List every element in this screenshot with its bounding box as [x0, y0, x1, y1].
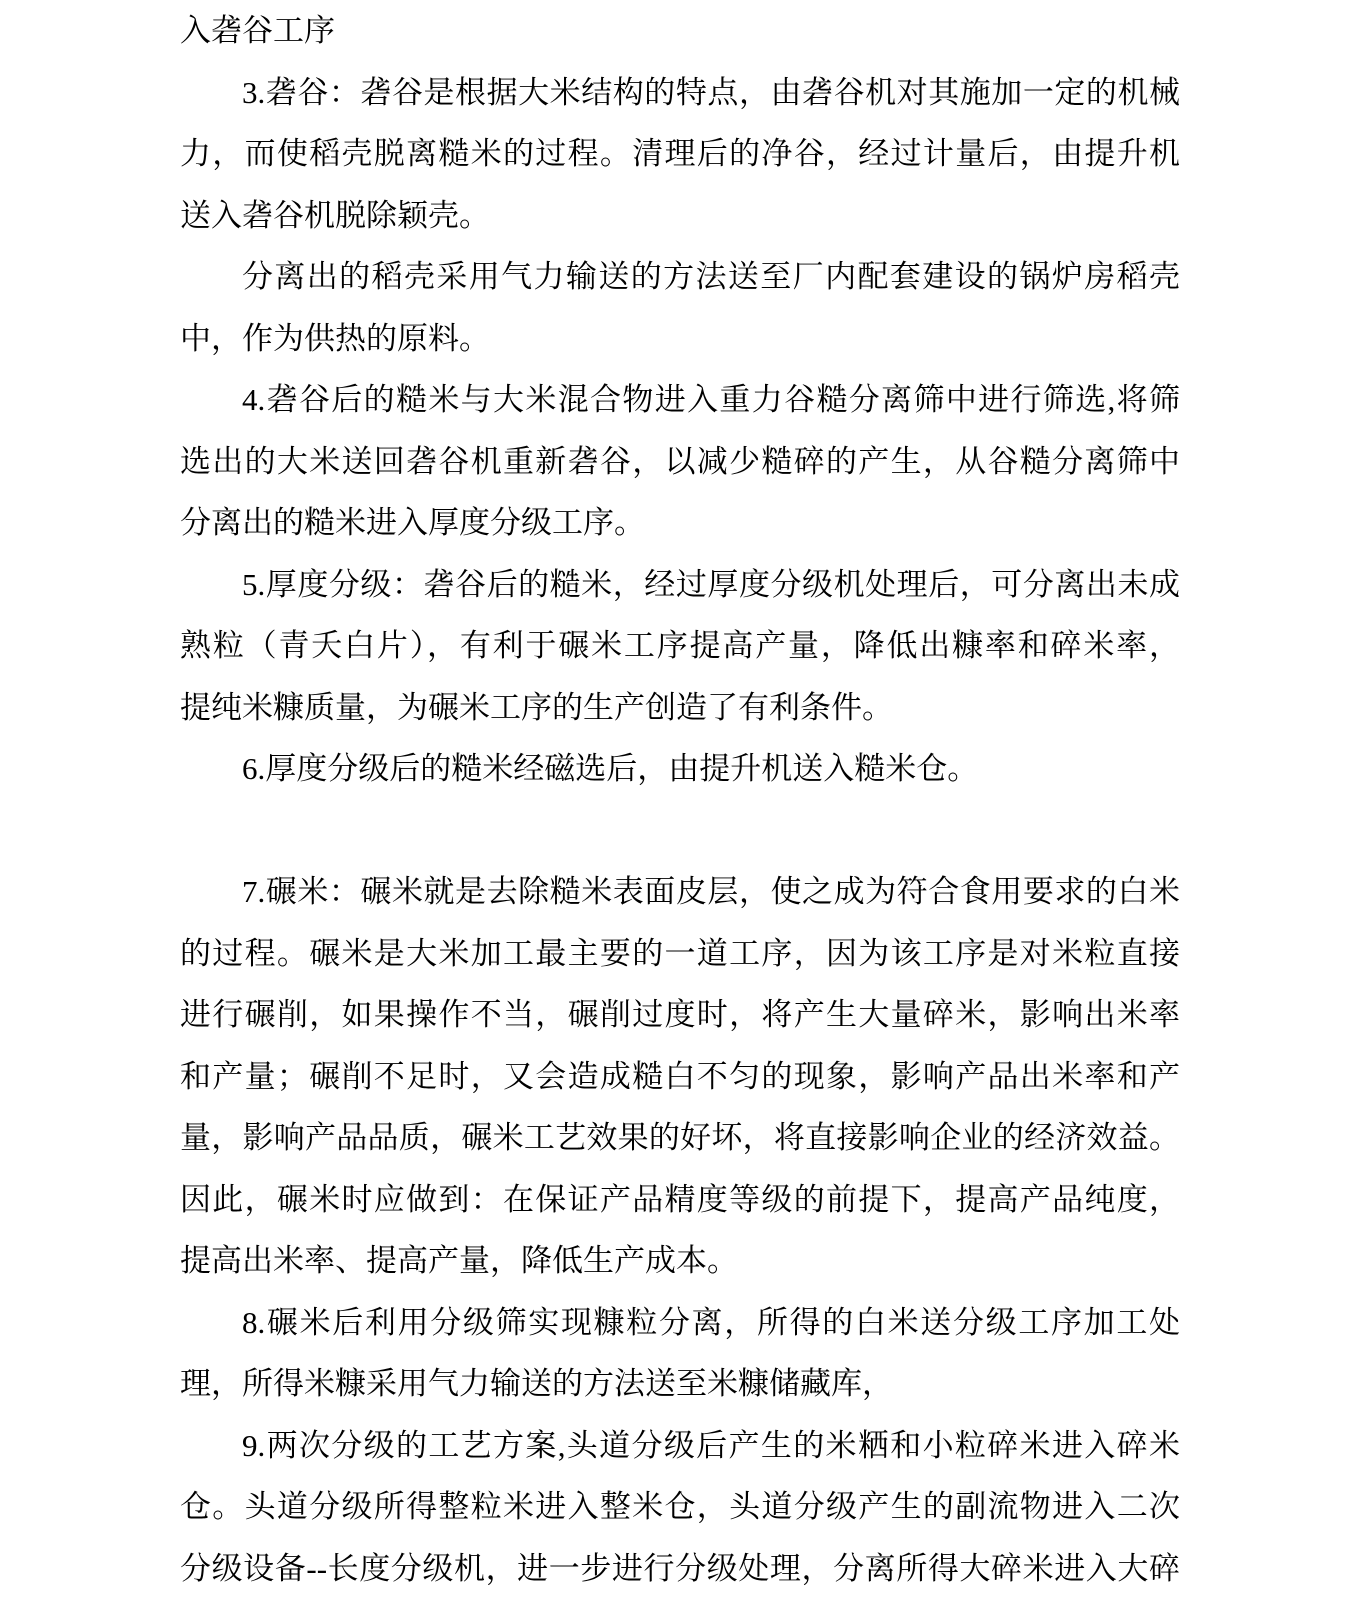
text-line: 分级设备--长度分级机，进一步进行分级处理，分离所得大碎米进入大碎	[180, 1538, 1180, 1599]
text-line: 选出的大米送回砻谷机重新砻谷，以减少糙碎的产生，从谷糙分离筛中	[180, 431, 1180, 493]
text-line: 和产量；碾削不足时，又会造成糙白不匀的现象，影响产品出米率和产	[180, 1046, 1180, 1108]
text-line: 分离出的糙米进入厚度分级工序。	[180, 492, 1180, 554]
text-line: 6.厚度分级后的糙米经磁选后，由提升机送入糙米仓。	[180, 738, 1180, 800]
text-line: 理，所得米糠采用气力输送的方法送至米糠储藏库，	[180, 1353, 1180, 1415]
document-page: 入砻谷工序3.砻谷：砻谷是根据大米结构的特点，由砻谷机对其施加一定的机械力，而使…	[0, 0, 1360, 1599]
text-line: 4.砻谷后的糙米与大米混合物进入重力谷糙分离筛中进行筛选,将筛	[180, 369, 1180, 431]
text-line: 8.碾米后利用分级筛实现糠粒分离，所得的白米送分级工序加工处	[180, 1292, 1180, 1354]
text-line: 仓。头道分级所得整粒米进入整米仓，头道分级产生的副流物进入二次	[180, 1476, 1180, 1538]
text-line: 的过程。碾米是大米加工最主要的一道工序，因为该工序是对米粒直接	[180, 923, 1180, 985]
text-line: 中，作为供热的原料。	[180, 308, 1180, 370]
text-line: 送入砻谷机脱除颖壳。	[180, 185, 1180, 247]
text-line: 9.两次分级的工艺方案,头道分级后产生的米粞和小粒碎米进入碎米	[180, 1415, 1180, 1477]
text-line: 入砻谷工序	[180, 0, 1180, 62]
text-line: 量，影响产品品质，碾米工艺效果的好坏，将直接影响企业的经济效益。	[180, 1107, 1180, 1169]
text-line: 进行碾削，如果操作不当，碾削过度时，将产生大量碎米，影响出米率	[180, 984, 1180, 1046]
text-line: 因此，碾米时应做到：在保证产品精度等级的前提下，提高产品纯度，	[180, 1169, 1180, 1231]
text-line: 提纯米糠质量，为碾米工序的生产创造了有利条件。	[180, 677, 1180, 739]
text-line: 分离出的稻壳采用气力输送的方法送至厂内配套建设的锅炉房稻壳	[180, 246, 1180, 308]
text-line: 7.碾米：碾米就是去除糙米表面皮层，使之成为符合食用要求的白米	[180, 861, 1180, 923]
text-line: 熟粒（青夭白片），有利于碾米工序提高产量，降低出糠率和碎米率，	[180, 615, 1180, 677]
text-line: 3.砻谷：砻谷是根据大米结构的特点，由砻谷机对其施加一定的机械	[180, 62, 1180, 124]
text-line: 5.厚度分级：砻谷后的糙米，经过厚度分级机处理后，可分离出未成	[180, 554, 1180, 616]
text-line: 力，而使稻壳脱离糙米的过程。清理后的净谷，经过计量后，由提升机	[180, 123, 1180, 185]
text-line: 提高出米率、提高产量，降低生产成本。	[180, 1230, 1180, 1292]
document-body: 入砻谷工序3.砻谷：砻谷是根据大米结构的特点，由砻谷机对其施加一定的机械力，而使…	[180, 0, 1180, 1599]
blank-line	[180, 800, 1180, 862]
